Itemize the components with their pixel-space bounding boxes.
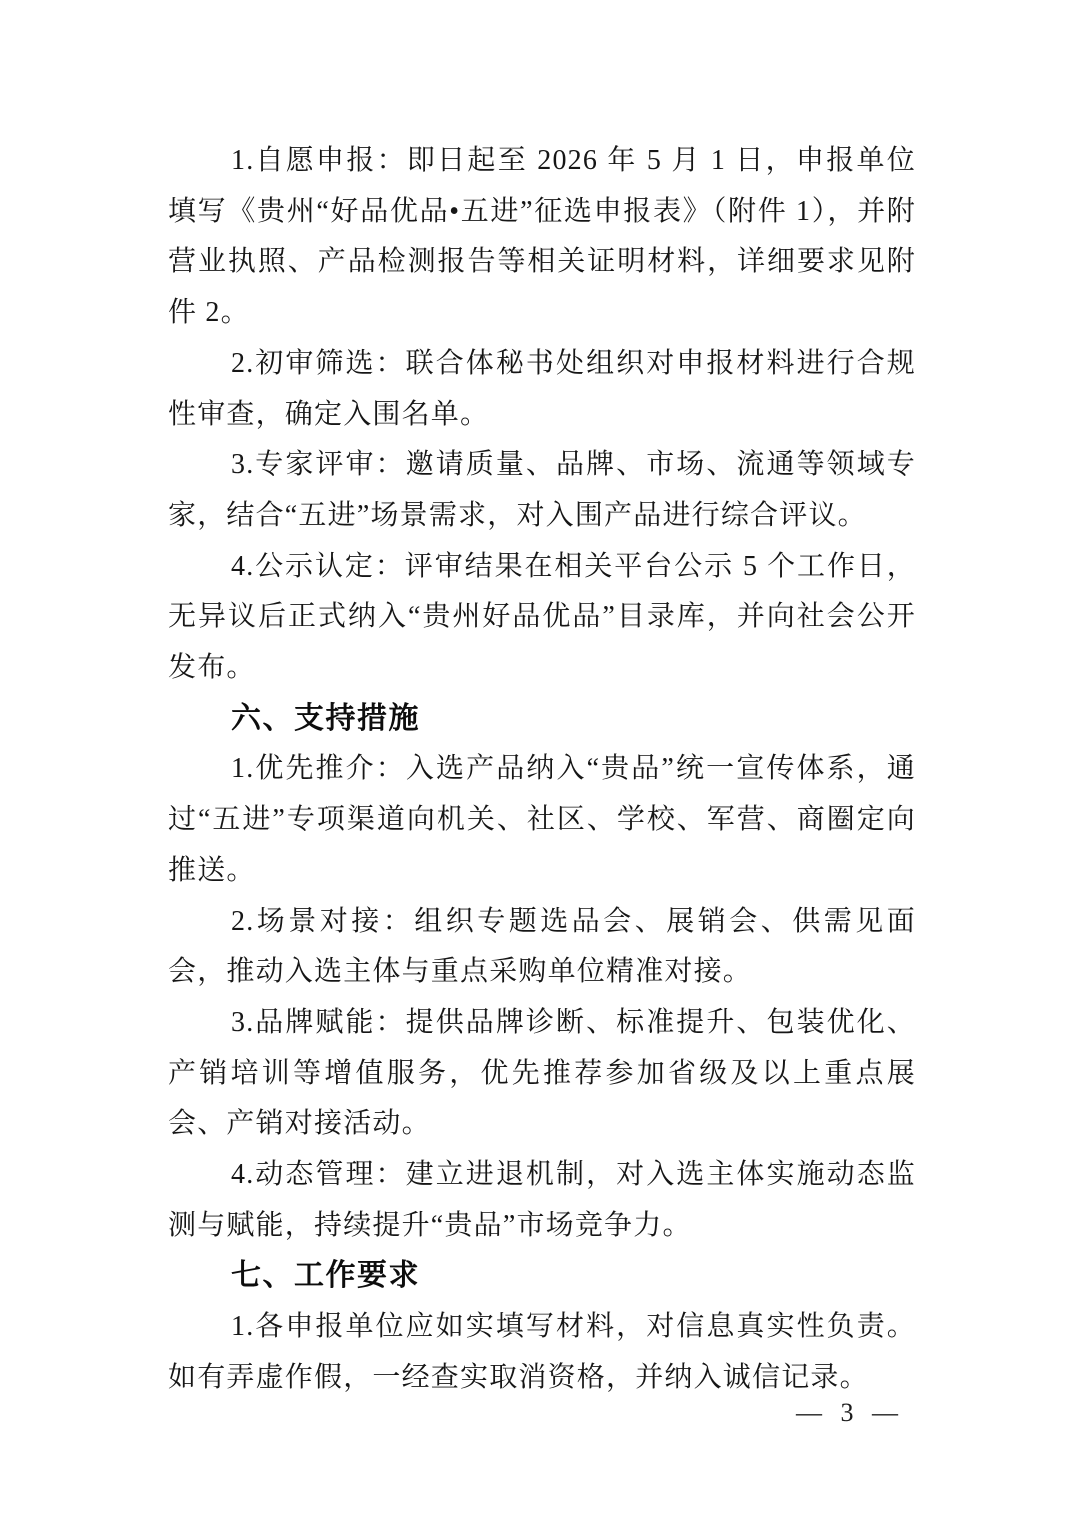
- paragraph: 4.动态管理：建立进退机制，对入选主体实施动态监测与赋能，持续提升“贵品”市场竞…: [168, 1150, 916, 1251]
- document-page: 1.自愿申报：即日起至 2026 年 5 月 1 日，申报单位填写《贵州“好品优…: [0, 0, 1080, 1527]
- paragraph: 1.各申报单位应如实填写材料，对信息真实性负责。如有弄虚作假，一经查实取消资格，…: [168, 1302, 916, 1403]
- paragraph: 3.品牌赋能：提供品牌诊断、标准提升、包装优化、产销培训等增值服务，优先推荐参加…: [168, 998, 916, 1150]
- section-heading: 六、支持措施: [168, 694, 916, 745]
- paragraph: 1.优先推介：入选产品纳入“贵品”统一宣传体系，通过“五进”专项渠道向机关、社区…: [168, 744, 916, 896]
- paragraph: 2.场景对接：组织专题选品会、展销会、供需见面会，推动入选主体与重点采购单位精准…: [168, 897, 916, 998]
- page-number: — 3 —: [796, 1398, 904, 1428]
- paragraph: 4.公示认定：评审结果在相关平台公示 5 个工作日，无异议后正式纳入“贵州好品优…: [168, 542, 916, 694]
- paragraph: 1.自愿申报：即日起至 2026 年 5 月 1 日，申报单位填写《贵州“好品优…: [168, 136, 916, 339]
- section-heading: 七、工作要求: [168, 1251, 916, 1302]
- document-body: 1.自愿申报：即日起至 2026 年 5 月 1 日，申报单位填写《贵州“好品优…: [168, 136, 916, 1404]
- paragraph: 2.初审筛选：联合体秘书处组织对申报材料进行合规性审查，确定入围名单。: [168, 339, 916, 440]
- paragraph: 3.专家评审：邀请质量、品牌、市场、流通等领域专家，结合“五进”场景需求，对入围…: [168, 440, 916, 541]
